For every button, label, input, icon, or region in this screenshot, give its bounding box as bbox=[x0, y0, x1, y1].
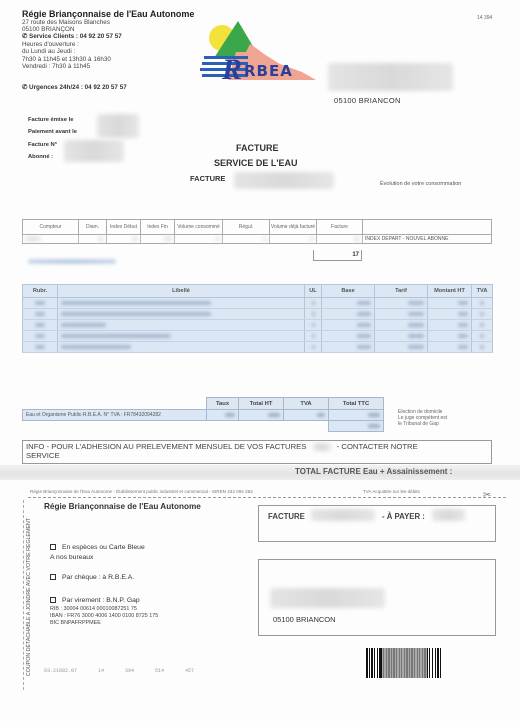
meter-note: INDEX DEPART - NOUVEL ABONNE bbox=[363, 235, 492, 244]
tva-mention: TVA Acquittée sur les débits bbox=[363, 489, 420, 494]
payment-option-cash[interactable]: En espèces ou Carte Bleue bbox=[50, 544, 145, 551]
table-row bbox=[23, 320, 493, 331]
checkbox-icon[interactable] bbox=[50, 574, 56, 580]
reference-number: 14 394 bbox=[477, 15, 492, 21]
col-compteur: Compteur bbox=[23, 220, 79, 235]
col-total-ttc: Total TTC bbox=[329, 398, 384, 410]
doc-subtitle: SERVICE DE L'EAU bbox=[214, 158, 298, 168]
amount-due-redacted bbox=[432, 509, 465, 521]
cut-line bbox=[28, 497, 506, 498]
col-index-debut: Index Début bbox=[107, 220, 141, 235]
dates-redacted bbox=[97, 114, 139, 138]
table-row bbox=[23, 342, 493, 353]
table-row: INDEX DEPART - NOUVEL ABONNE bbox=[23, 235, 492, 244]
legal-mention: Régie Briançonnaise de l'Eau Autonome - … bbox=[30, 489, 253, 494]
col-volume-consomme: Volume consommé bbox=[175, 220, 223, 235]
consumption-chart-title: Évolution de votre consommation bbox=[380, 181, 461, 187]
coupon-facture-label: FACTURE bbox=[268, 512, 305, 521]
issued-date-label: Facture émise le bbox=[28, 117, 73, 123]
urgences-phone: ✆ Urgences 24h/24 : 04 92 20 57 57 bbox=[22, 84, 127, 92]
bank-iban: IBAN : FR76 3000 4006 1400 0100 8725 175 bbox=[50, 613, 158, 620]
payment-option-cash-sub: A nos bureaux bbox=[50, 554, 93, 561]
coupon-org-name: Régie Briançonnaise de l'Eau Autonome bbox=[44, 502, 201, 511]
coupon-recipient-redacted bbox=[270, 588, 385, 608]
total-facture-label: TOTAL FACTURE Eau + Assainissement : bbox=[295, 467, 452, 476]
logo-text: RBEA bbox=[244, 62, 293, 80]
hours-days: du Lundi au Jeudi : bbox=[22, 48, 75, 56]
checkbox-icon[interactable] bbox=[50, 544, 56, 550]
invoice-number-label: Facture N° bbox=[28, 142, 57, 148]
col-taux: Taux bbox=[207, 398, 239, 410]
org-name: Régie Briançonnaise de l'Eau Autonome bbox=[22, 9, 194, 19]
col-montant-ht: Montant HT bbox=[428, 285, 472, 298]
grand-total-redacted bbox=[329, 421, 384, 432]
col-rubrique: Rubr. bbox=[23, 285, 58, 298]
recipient-city: 05100 BRIANCON bbox=[334, 96, 401, 105]
col-regul: Régul. bbox=[223, 220, 270, 235]
meter-total: 17 bbox=[313, 250, 362, 261]
barcode bbox=[366, 648, 483, 678]
totals-table: Taux Total HT TVA Total TTC Eau et Organ… bbox=[22, 397, 384, 432]
bank-rib: RIB : 30004 00614 00010087251 75 bbox=[50, 606, 137, 613]
col-tva: TVA bbox=[472, 285, 493, 298]
due-date-label: Paiement avant le bbox=[28, 129, 77, 135]
service-clients-phone: ✆ Service Clients : 04 92 20 57 57 bbox=[22, 33, 122, 41]
amount-due-label: - À PAYER : bbox=[382, 512, 425, 521]
recipient-name-redacted bbox=[328, 63, 453, 91]
info-box: INFO - POUR L'ADHESION AU PRELEVEMENT ME… bbox=[22, 440, 492, 464]
col-index-fin: Index Fin bbox=[141, 220, 175, 235]
col-ul: UL bbox=[305, 285, 322, 298]
invoice-subscriber-redacted bbox=[64, 140, 124, 162]
col-volume-deja: Volume déjà facturé bbox=[270, 220, 317, 235]
totals-row-label: Eau et Organisme Public-R.B.E.A. N° TVA … bbox=[23, 410, 207, 421]
hours-fri: Vendredi : 7h30 à 11h45 bbox=[22, 63, 90, 71]
col-total-ht: Total HT bbox=[239, 398, 284, 410]
col-diam: Diam. bbox=[79, 220, 107, 235]
col-tarif: Tarif bbox=[375, 285, 428, 298]
payment-option-cheque[interactable]: Par chèque : à R.B.E.A. bbox=[50, 574, 134, 581]
col-tva-amount: TVA bbox=[284, 398, 329, 410]
meter-table: Compteur Diam. Index Début Index Fin Vol… bbox=[22, 219, 492, 244]
table-row bbox=[23, 309, 493, 320]
election-domicile: Election de domicile Le juge compétent e… bbox=[398, 409, 447, 427]
subscriber-label: Abonné : bbox=[28, 154, 53, 160]
col-facture: Facture bbox=[317, 220, 363, 235]
col-base: Base bbox=[322, 285, 375, 298]
payment-option-transfer[interactable]: Par virement : B.N.P. Gap bbox=[50, 597, 140, 604]
bank-bic: BIC BNPAFRPPMEE bbox=[50, 620, 101, 627]
table-row bbox=[23, 298, 493, 309]
checkbox-icon[interactable] bbox=[50, 597, 56, 603]
table-row: Eau et Organisme Public-R.B.E.A. N° TVA … bbox=[23, 410, 384, 421]
invoice-lines-table: Rubr. Libellé UL Base Tarif Montant HT T… bbox=[22, 284, 493, 353]
facture-ref-redacted bbox=[234, 172, 334, 189]
coupon-facture-redacted bbox=[311, 509, 375, 521]
coupon-vertical-label: COUPON DÉTACHABLE A JOINDRE AVEC VOTRE R… bbox=[26, 512, 32, 682]
facture-ref-label: FACTURE bbox=[190, 174, 225, 183]
doc-title: FACTURE bbox=[236, 143, 279, 153]
svg-text:R: R bbox=[221, 53, 242, 86]
col-libelle: Libellé bbox=[58, 285, 305, 298]
scissors-icon: ✂ bbox=[483, 490, 491, 501]
rbea-logo: R RBEA bbox=[198, 18, 318, 86]
meter-footnote-redacted bbox=[28, 259, 116, 264]
table-row bbox=[23, 331, 493, 342]
coupon-cut-line bbox=[23, 500, 24, 690]
coupon-codes: 03.21882.07 14 394 514 457 bbox=[44, 668, 194, 674]
coupon-recipient-city: 05100 BRIANCON bbox=[273, 615, 336, 624]
